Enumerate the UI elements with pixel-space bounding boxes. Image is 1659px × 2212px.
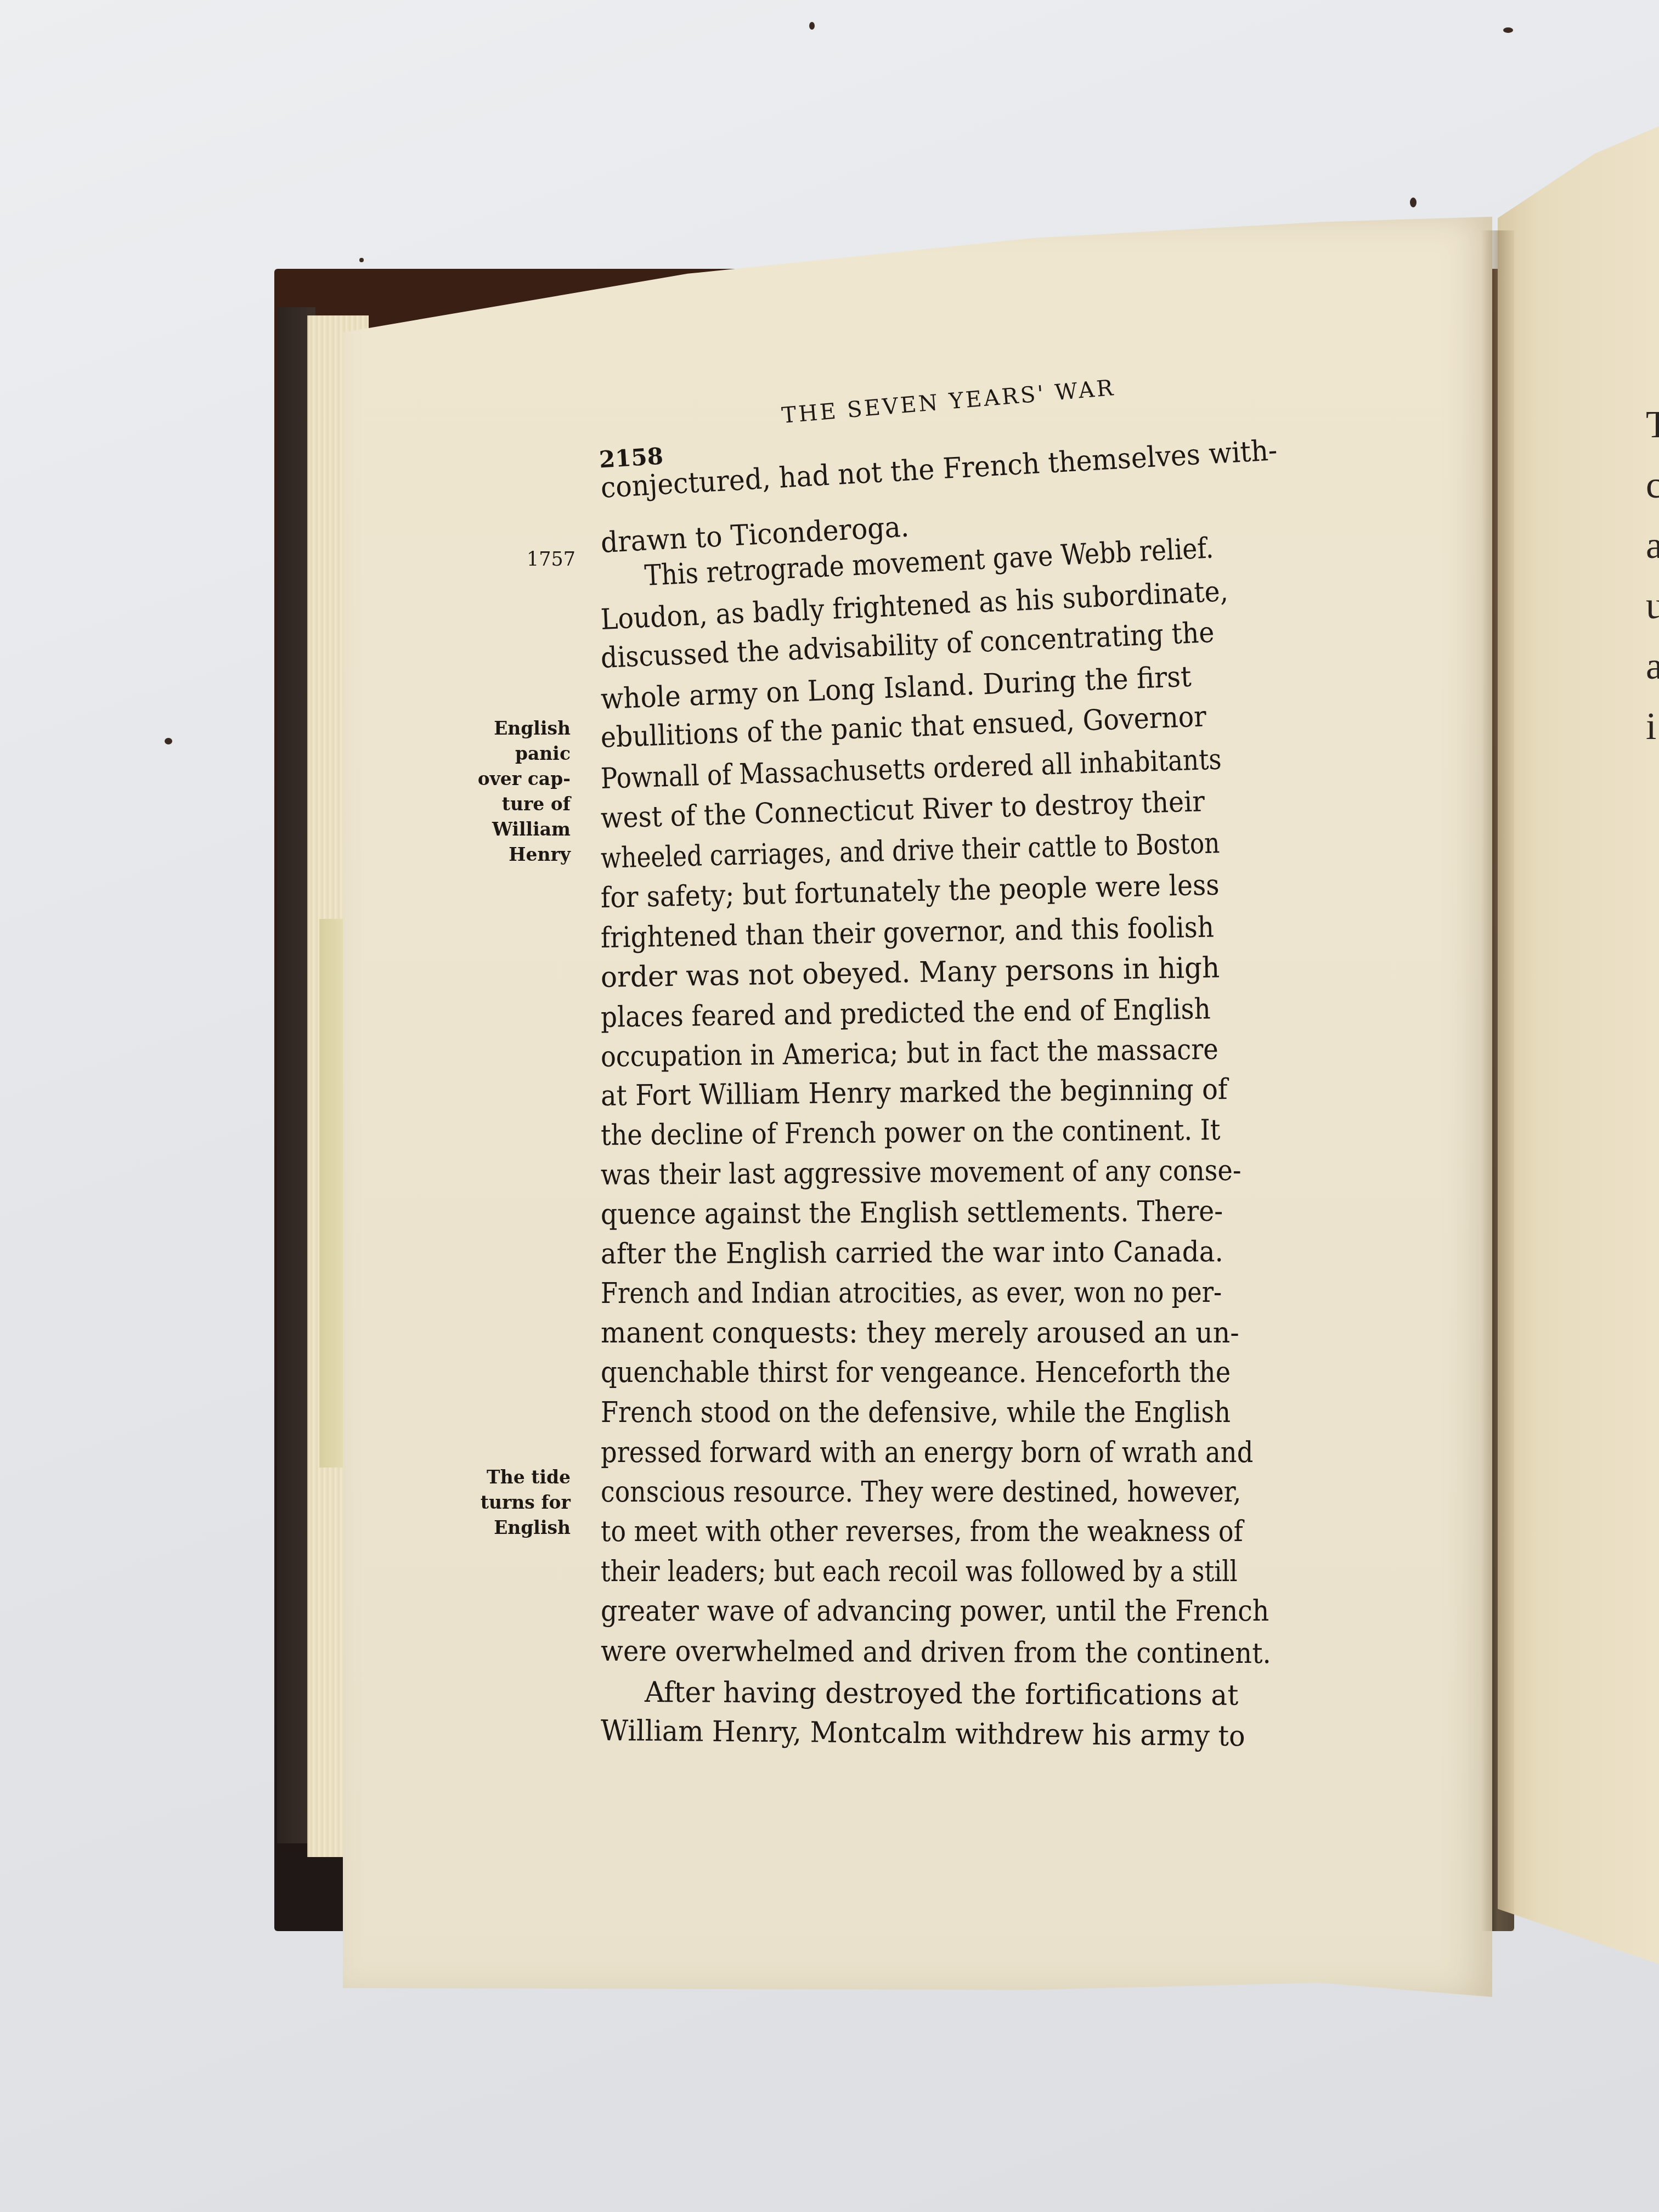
body-line: occupation in America; but in fact the m… [601,1033,1218,1074]
margin-note-line: William [461,817,571,842]
margin-note-line: over cap- [461,766,571,792]
margin-note-line: English [461,716,571,741]
body-line: frightened than their governor, and this… [600,911,1214,955]
margin-note-line: panic [461,741,571,766]
body-line: places feared and predicted the end of E… [601,992,1211,1034]
body-line: French and Indian atrocities, as ever, w… [601,1276,1222,1310]
body-line: after the English carried the war into C… [601,1235,1223,1271]
body-line: manent conquests: they merely aroused an… [601,1317,1239,1350]
body-line: were overwhelmed and driven from the con… [601,1635,1271,1670]
margin-note-tide-turns: The tide turns for English [461,1465,571,1541]
margin-note-line: Henry [461,842,571,867]
body-line: west of the Connecticut River to destroy… [600,785,1205,835]
margin-note-line: The tide [461,1465,571,1490]
margin-year: 1757 [527,549,575,571]
body-line: pressed forward with an energy born of w… [601,1436,1253,1469]
margin-note-line: ture of [461,792,571,817]
margin-note-english-panic: English panic over cap- ture of William … [461,716,571,867]
body-line: for safety; but fortunately the people w… [600,868,1220,915]
body-line: was their last aggressive movement of an… [601,1154,1242,1192]
body-line: William Henry, Montcalm withdrew his arm… [601,1714,1245,1753]
body-line: order was not obeyed. Many persons in hi… [601,951,1220,994]
body-line: quenchable thirst for vengeance. Hencefo… [601,1356,1231,1389]
margin-note-line: English [461,1515,571,1541]
body-line: wheeled carriages, and drive their cattl… [600,827,1220,875]
body-line: their leaders; but each recoil was follo… [601,1555,1238,1588]
body-line: French stood on the defensive, while the… [601,1396,1231,1429]
body-line: quence against the English settlements. … [601,1195,1223,1231]
body-line: the decline of French power on the conti… [601,1114,1221,1152]
running-head: THE SEVEN YEARS' WAR [781,375,1116,428]
body-line: After having destroyed the fortification… [645,1676,1239,1712]
margin-note-line: turns for [461,1490,571,1515]
body-line: at Fort William Henry marked the beginni… [601,1073,1228,1113]
body-line: conscious resource. They were destined, … [601,1476,1241,1509]
body-line: conjectured, had not the French themselv… [600,434,1278,505]
body-line: to meet with other reverses, from the we… [601,1515,1243,1548]
page-content: THE SEVEN YEARS' WAR 2158 1757 English p… [0,0,1659,2212]
body-line: greater wave of advancing power, until t… [601,1595,1269,1628]
